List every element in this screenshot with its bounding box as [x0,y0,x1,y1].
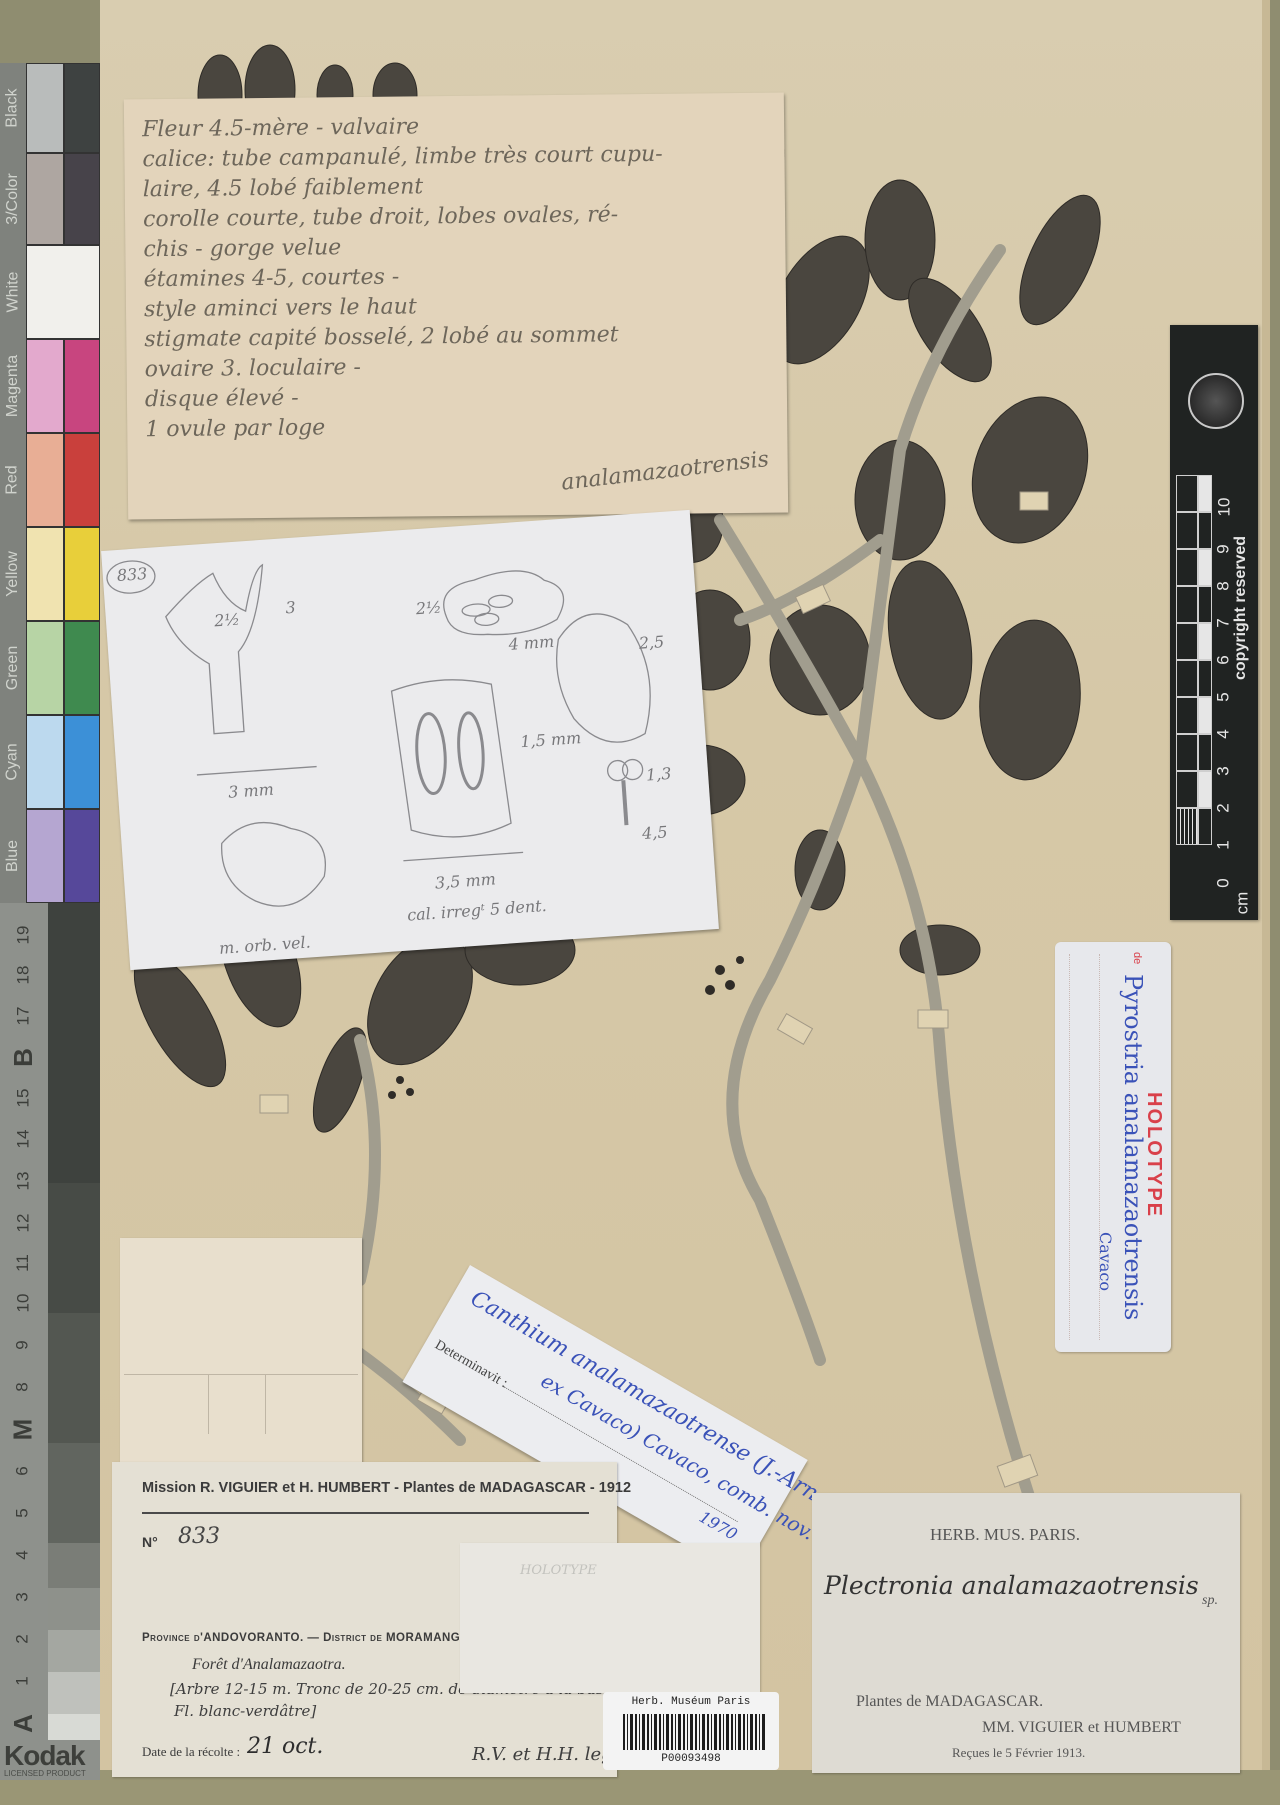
scale-ruler: 0 1 2 3 4 5 6 7 8 9 10 cm copyright rese… [1170,325,1258,920]
floral-sketch-sheet: 833 2½ 3 2½ 4 mm 2,5 3 mm 1,5 mm 1,3 4,5… [101,510,719,970]
holotype-label: de Pyrostria analamazaotrensis HOLOTYPE … [1055,942,1171,1352]
color-row-green: Green [0,621,100,715]
color-row-magenta: Magenta [0,339,100,433]
kodak-logo: Kodak LICENSED PRODUCT [0,1740,100,1780]
museum-seal-icon [1188,373,1244,429]
barcode-icon [623,1714,767,1750]
color-row-blue: Blue [0,809,100,903]
description-notes-label: Fleur 4.5-mère - valvaire calice: tube c… [124,93,788,520]
specimen-barcode: Herb. Muséum Paris P00093498 [603,1692,779,1770]
color-row-white: White [0,245,100,339]
grey-scale-chart: 19 18 17 B 15 14 13 12 11 10 9 8 M 6 5 4… [0,903,100,1748]
faded-overlay-label: HOLOTYPE [460,1543,760,1693]
color-calibration-chart: Black 3/Color White Magenta Red Yellow G… [0,63,100,903]
color-row-3color: 3/Color [0,153,100,245]
color-row-yellow: Yellow [0,527,100,621]
herbarium-label: HERB. MUS. PARIS. Plectronia analamazaot… [812,1493,1240,1773]
floral-dissection-drawing [101,510,719,970]
holotype-status: HOLOTYPE [1142,1092,1165,1218]
color-row-red: Red [0,433,100,527]
color-row-black: Black [0,63,100,153]
color-row-cyan: Cyan [0,715,100,809]
